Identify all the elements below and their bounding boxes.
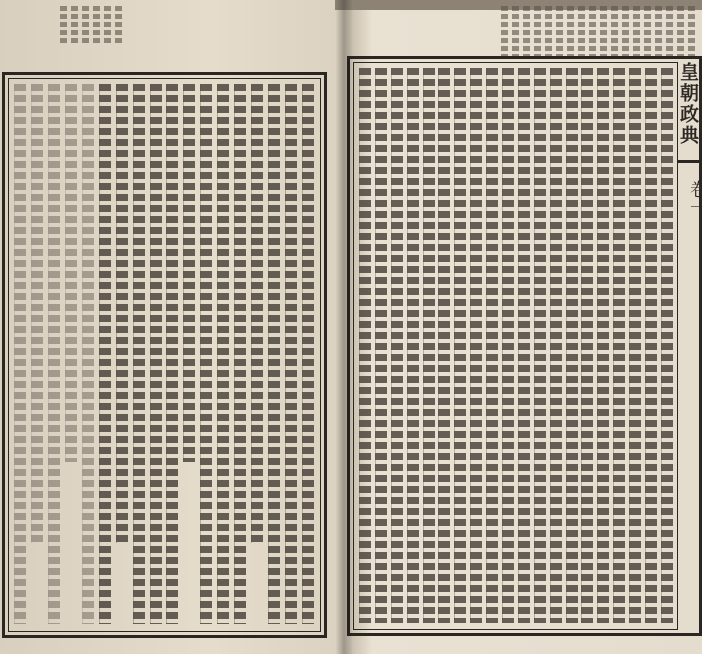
left-page-text-columns xyxy=(14,84,314,624)
right-page xyxy=(345,0,702,654)
book-spine xyxy=(335,0,353,654)
left-page xyxy=(0,0,345,654)
book-title: 皇朝政典 xyxy=(680,62,700,146)
volume-label: 卷一 xyxy=(684,180,702,216)
right-page-text-columns xyxy=(359,68,673,623)
top-annotations xyxy=(60,6,122,46)
fishtail-mark xyxy=(677,160,702,179)
top-annotations xyxy=(355,6,695,61)
